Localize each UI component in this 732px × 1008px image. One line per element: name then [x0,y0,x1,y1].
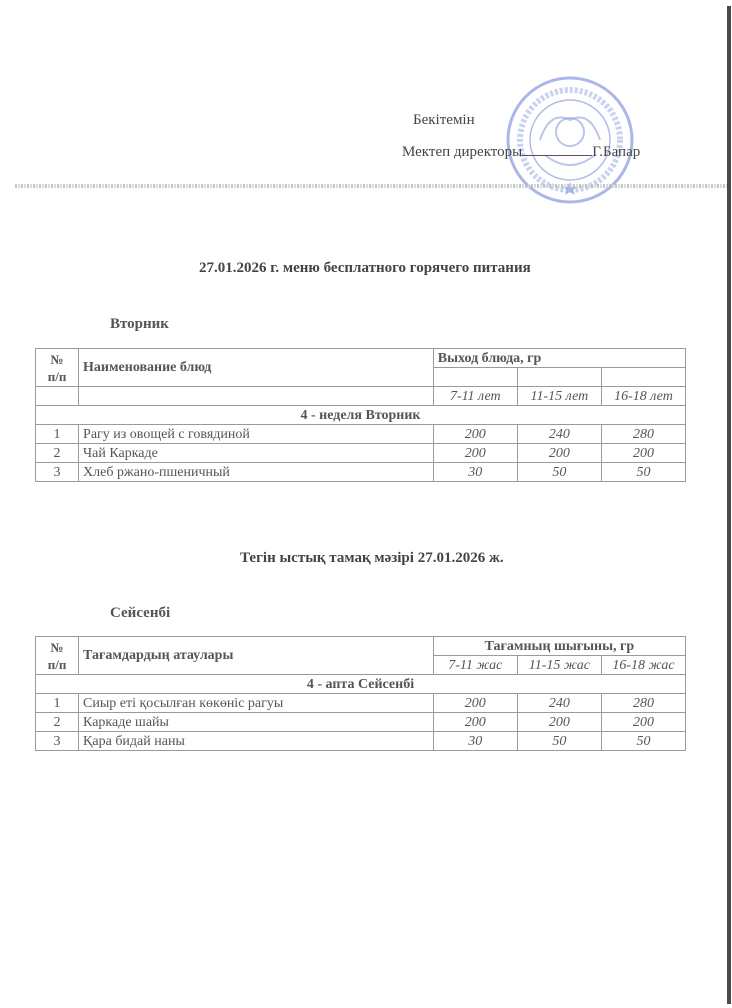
table-row: 2 Чай Каркаде 200 200 200 [36,444,686,463]
col-name-header: Тағамдардың атаулары [79,637,434,675]
signature-icon [522,141,592,156]
day-label-ru: Вторник [110,316,169,333]
week-row: 4 - апта Сейсенбі [36,675,686,694]
col-name-header: Наименование блюд [79,349,434,387]
empty-cell [517,368,601,387]
menu-title-ru: 27.01.2026 г. меню бесплатного горячего … [199,260,531,277]
director-signature-line: Мектеп директорыГ.Бапар [402,141,640,161]
age-header: 7-11 лет [433,387,517,406]
director-label: Мектеп директоры [402,144,522,160]
official-seal-icon [500,70,640,210]
menu-table-ru: №п/п Наименование блюд Выход блюда, гр 7… [35,348,686,482]
menu-title-kz: Тегін ыстық тамақ мәзірі 27.01.2026 ж. [240,550,504,567]
col-num-header: №п/п [36,637,79,675]
col-num-header: №п/п [36,349,79,387]
empty-cell [601,368,685,387]
table-row: 1 Сиыр еті қосылған көкөніс рагуы 200 24… [36,694,686,713]
separator-line [15,184,727,188]
age-header: 7-11 жас [433,656,517,675]
week-row: 4 - неделя Вторник [36,406,686,425]
menu-table-kz: №п/п Тағамдардың атаулары Тағамның шығын… [35,636,686,751]
empty-cell [433,368,517,387]
col-yield-header: Тағамның шығыны, гр [433,637,685,656]
age-header: 16-18 жас [601,656,685,675]
col-yield-header: Выход блюда, гр [433,349,685,368]
age-header: 11-15 лет [517,387,601,406]
table-row: 3 Хлеб ржано-пшеничный 30 50 50 [36,463,686,482]
age-header: 11-15 жас [517,656,601,675]
scan-edge-bar [727,6,731,1004]
table-row: 3 Қара бидай наны 30 50 50 [36,732,686,751]
table-row: 2 Каркаде шайы 200 200 200 [36,713,686,732]
director-name: Г.Бапар [592,144,640,160]
age-header: 16-18 лет [601,387,685,406]
approval-label: Бекітемін [413,112,475,129]
empty-cell [79,387,434,406]
day-label-kz: Сейсенбі [110,605,170,622]
table-row: 1 Рагу из овощей с говядиной 200 240 280 [36,425,686,444]
empty-cell [36,387,79,406]
